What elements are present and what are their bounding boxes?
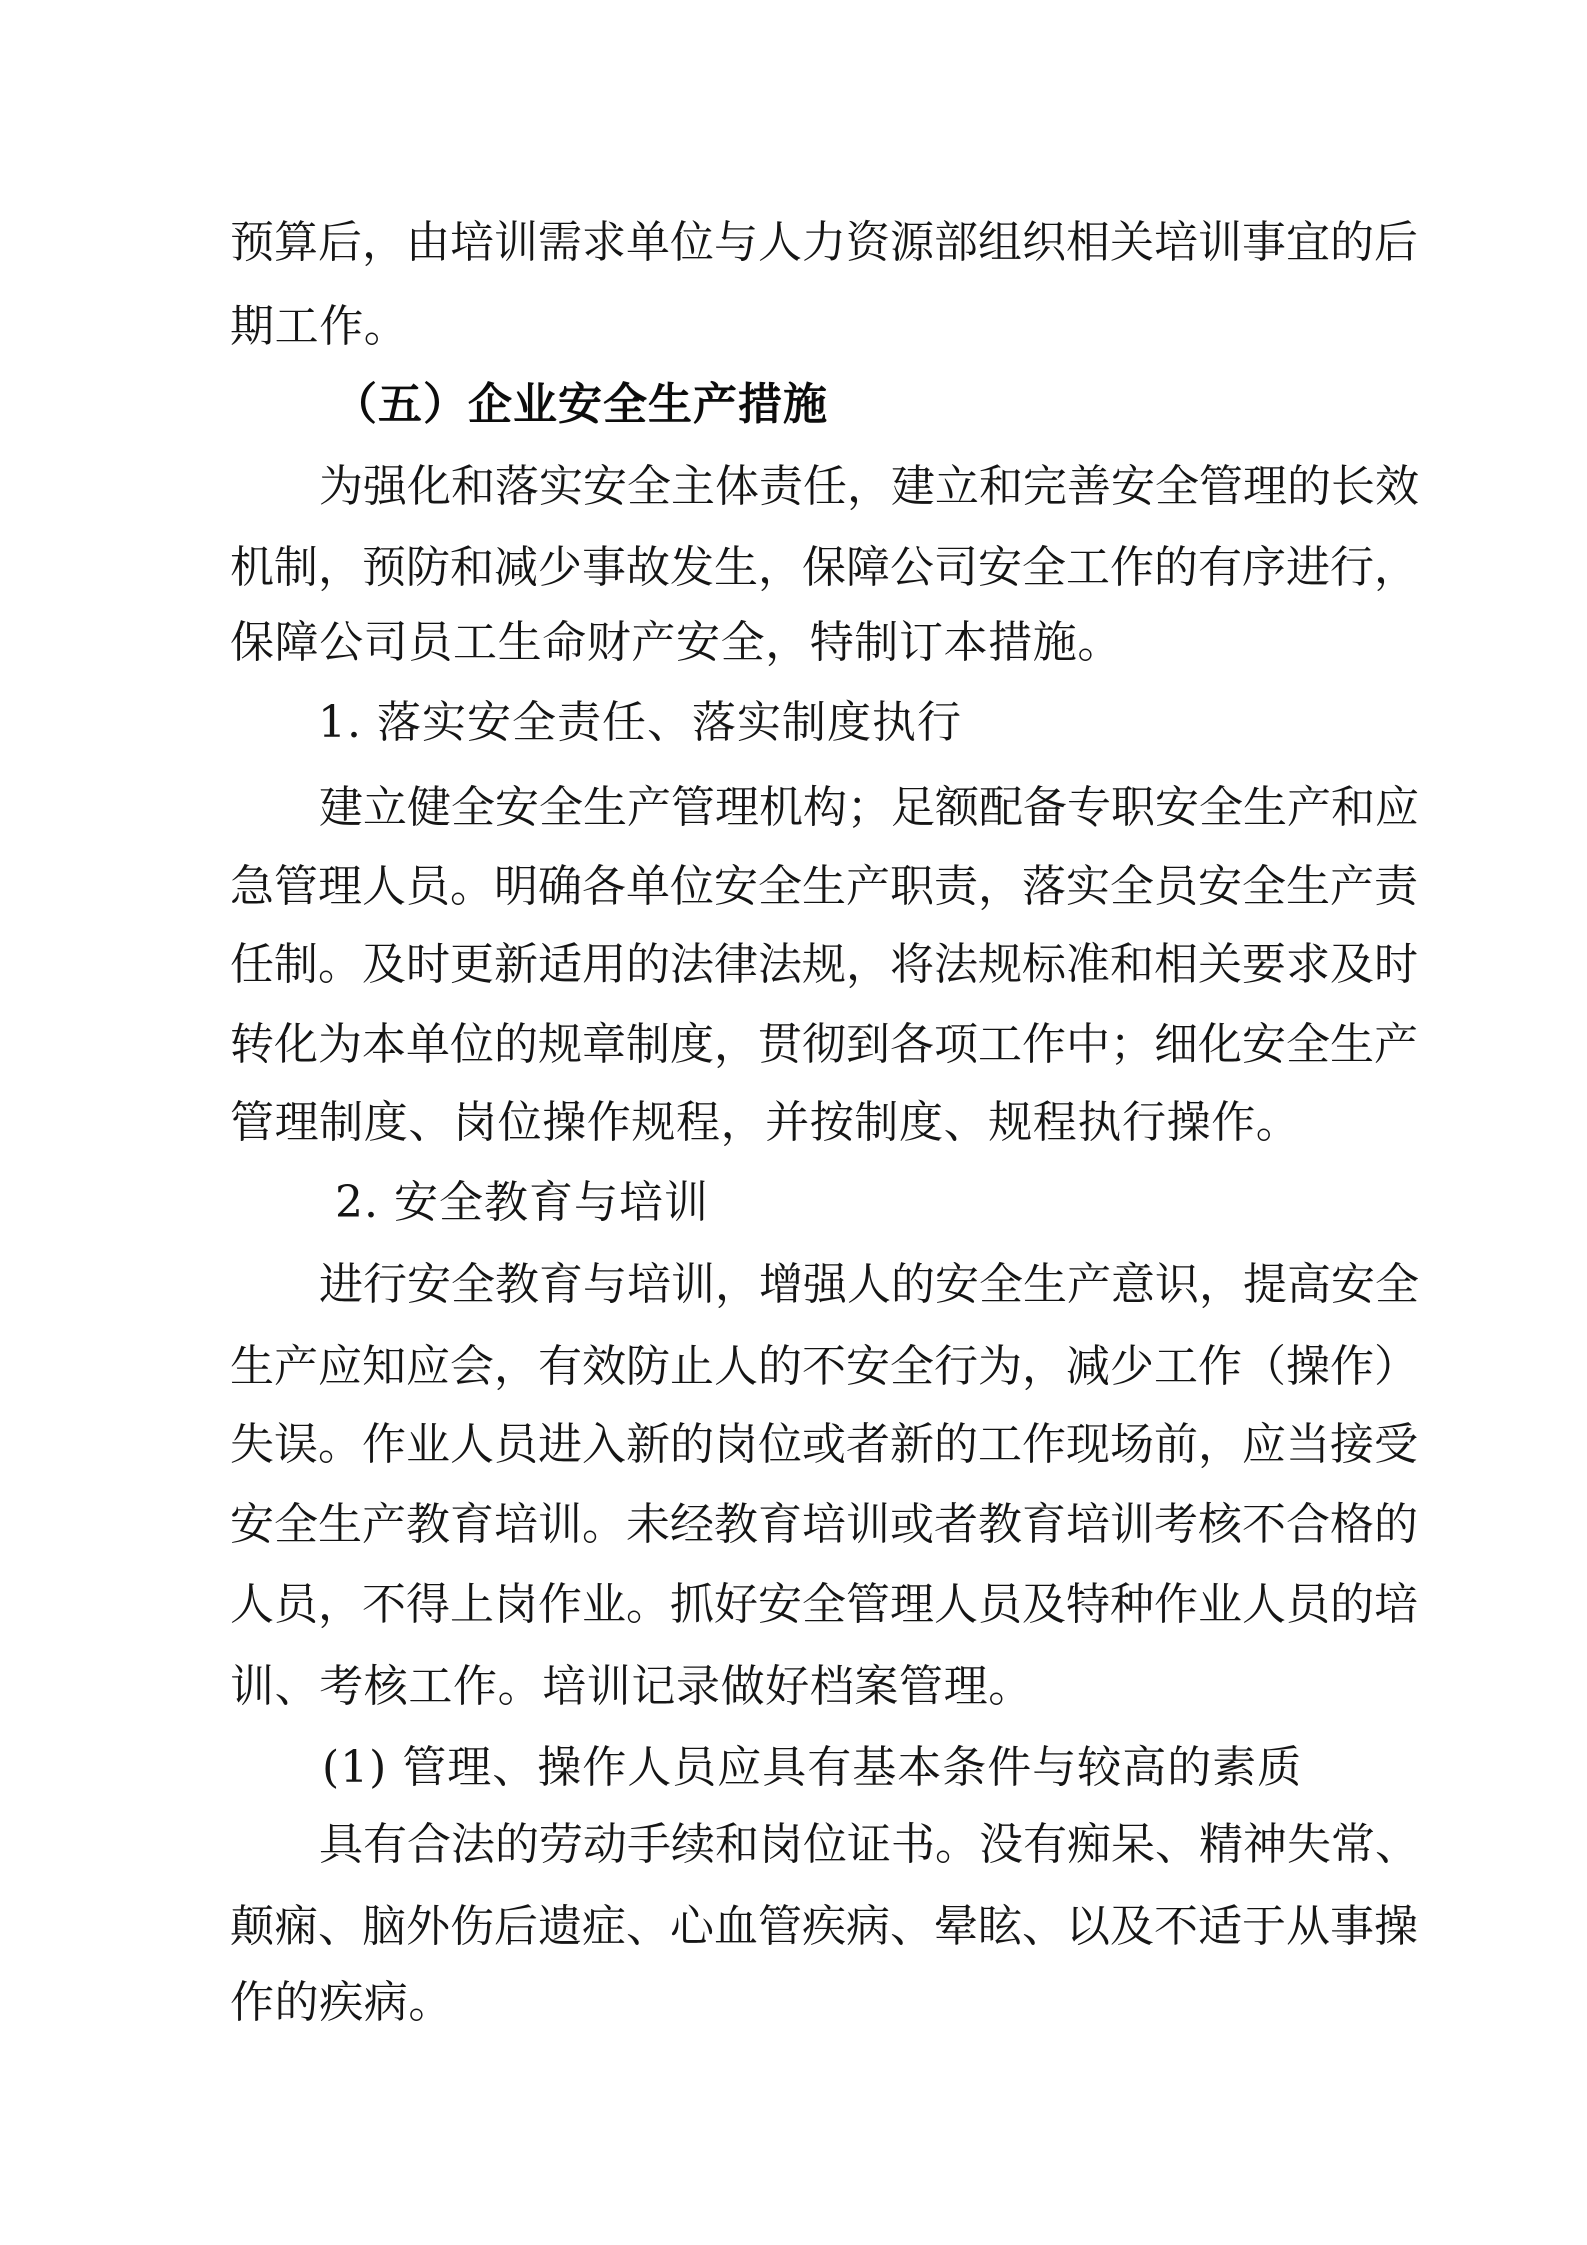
subsection-heading: 1. 落实安全责任、落实制度执行 <box>318 683 962 763</box>
paragraph-line: 人员，不得上岗作业。抓好安全管理人员及特种作业人员的培 <box>230 1565 1390 1645</box>
paragraph-line: 转化为本单位的规章制度，贯彻到各项工作中；细化安全生产 <box>230 1005 1390 1085</box>
paragraph-line: 为强化和落实安全主体责任，建立和完善安全管理的长效 <box>319 447 1390 527</box>
paragraph-line: 失误。作业人员进入新的岗位或者新的工作现场前，应当接受 <box>230 1405 1390 1485</box>
paragraph-line: 机制，预防和减少事故发生，保障公司安全工作的有序进行， <box>230 528 1390 608</box>
paragraph-line: 期工作。 <box>230 287 408 367</box>
paragraph-line: 作的疾病。 <box>230 1963 453 2043</box>
paragraph-line: 急管理人员。明确各单位安全生产职责，落实全员安全生产责 <box>230 847 1390 927</box>
paragraph-line: 生产应知应会，有效防止人的不安全行为，减少工作（操作） <box>230 1327 1390 1407</box>
item-heading: (1) 管理、操作人员应具有基本条件与较高的素质 <box>322 1728 1302 1808</box>
paragraph-line: 进行安全教育与培训，增强人的安全生产意识，提高安全 <box>319 1245 1390 1325</box>
subsection-heading: 2. 安全教育与培训 <box>335 1163 709 1243</box>
paragraph-line: 建立健全安全生产管理机构；足额配备专职安全生产和应 <box>319 768 1390 848</box>
document-page: 预算后，由培训需求单位与人力资源部组织相关培训事宜的后 期工作。 （五）企业安全… <box>0 0 1587 2245</box>
paragraph-line: 安全生产教育培训。未经教育培训或者教育培训考核不合格的 <box>230 1485 1390 1565</box>
section-heading: （五）企业安全生产措施 <box>333 365 828 445</box>
paragraph-line: 具有合法的劳动手续和岗位证书。没有痴呆、精神失常、 <box>319 1805 1390 1885</box>
paragraph-line: 管理制度、岗位操作规程，并按制度、规程执行操作。 <box>230 1083 1300 1163</box>
paragraph-line: 颠痫、脑外伤后遗症、心血管疾病、晕眩、以及不适于从事操 <box>230 1887 1390 1967</box>
paragraph-line: 保障公司员工生命财产安全，特制订本措施。 <box>230 603 1122 683</box>
paragraph-line: 预算后，由培训需求单位与人力资源部组织相关培训事宜的后 <box>230 203 1390 283</box>
paragraph-line: 训、考核工作。培训记录做好档案管理。 <box>230 1647 1033 1727</box>
paragraph-line: 任制。及时更新适用的法律法规，将法规标准和相关要求及时 <box>230 925 1390 1005</box>
